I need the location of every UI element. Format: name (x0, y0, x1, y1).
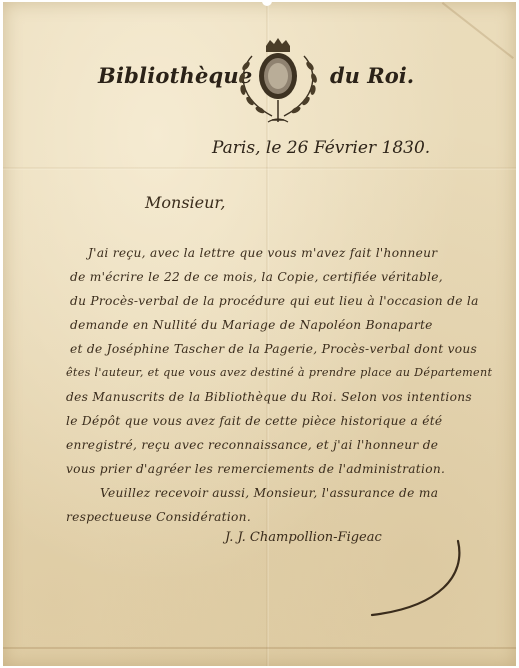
signature-flourish-icon (370, 535, 466, 621)
royal-crest-icon (232, 36, 324, 126)
body-line: Veuillez recevoir aussi, Monsieur, l'ass… (100, 486, 438, 500)
signature: J. J. Champollion-Figeac (225, 530, 382, 545)
date-line: Paris, le 26 Février 1830. (212, 138, 430, 158)
body-line: demande en Nullité du Mariage de Napoléo… (70, 318, 433, 332)
horizontal-fold-crease (3, 167, 516, 170)
body-line: du Procès-verbal de la procédure qui eut… (70, 294, 479, 308)
body-line: enregistré, reçu avec reconnaissance, et… (66, 438, 438, 452)
body-line: êtes l'auteur, et que vous avez destiné … (66, 366, 492, 379)
salutation: Monsieur, (145, 193, 225, 212)
body-line: respectueuse Considération. (66, 510, 251, 524)
bottom-fold-crease (3, 647, 516, 649)
body-line: le Dépôt que vous avez fait de cette piè… (66, 414, 442, 428)
body-line: J'ai reçu, avec la lettre que vous m'ave… (88, 246, 437, 260)
corner-crease (442, 2, 514, 59)
body-line: vous prier d'agréer les remerciements de… (66, 462, 445, 476)
letterhead-bibliotheque: Bibliothèque (98, 63, 252, 88)
letterhead-du-roi: du Roi. (330, 63, 414, 88)
body-line: et de Joséphine Tascher de la Pagerie, P… (70, 342, 477, 356)
body-line: de m'écrire le 22 de ce mois, la Copie, … (70, 270, 443, 284)
body-line: des Manuscrits de la Bibliothèque du Roi… (66, 390, 472, 404)
